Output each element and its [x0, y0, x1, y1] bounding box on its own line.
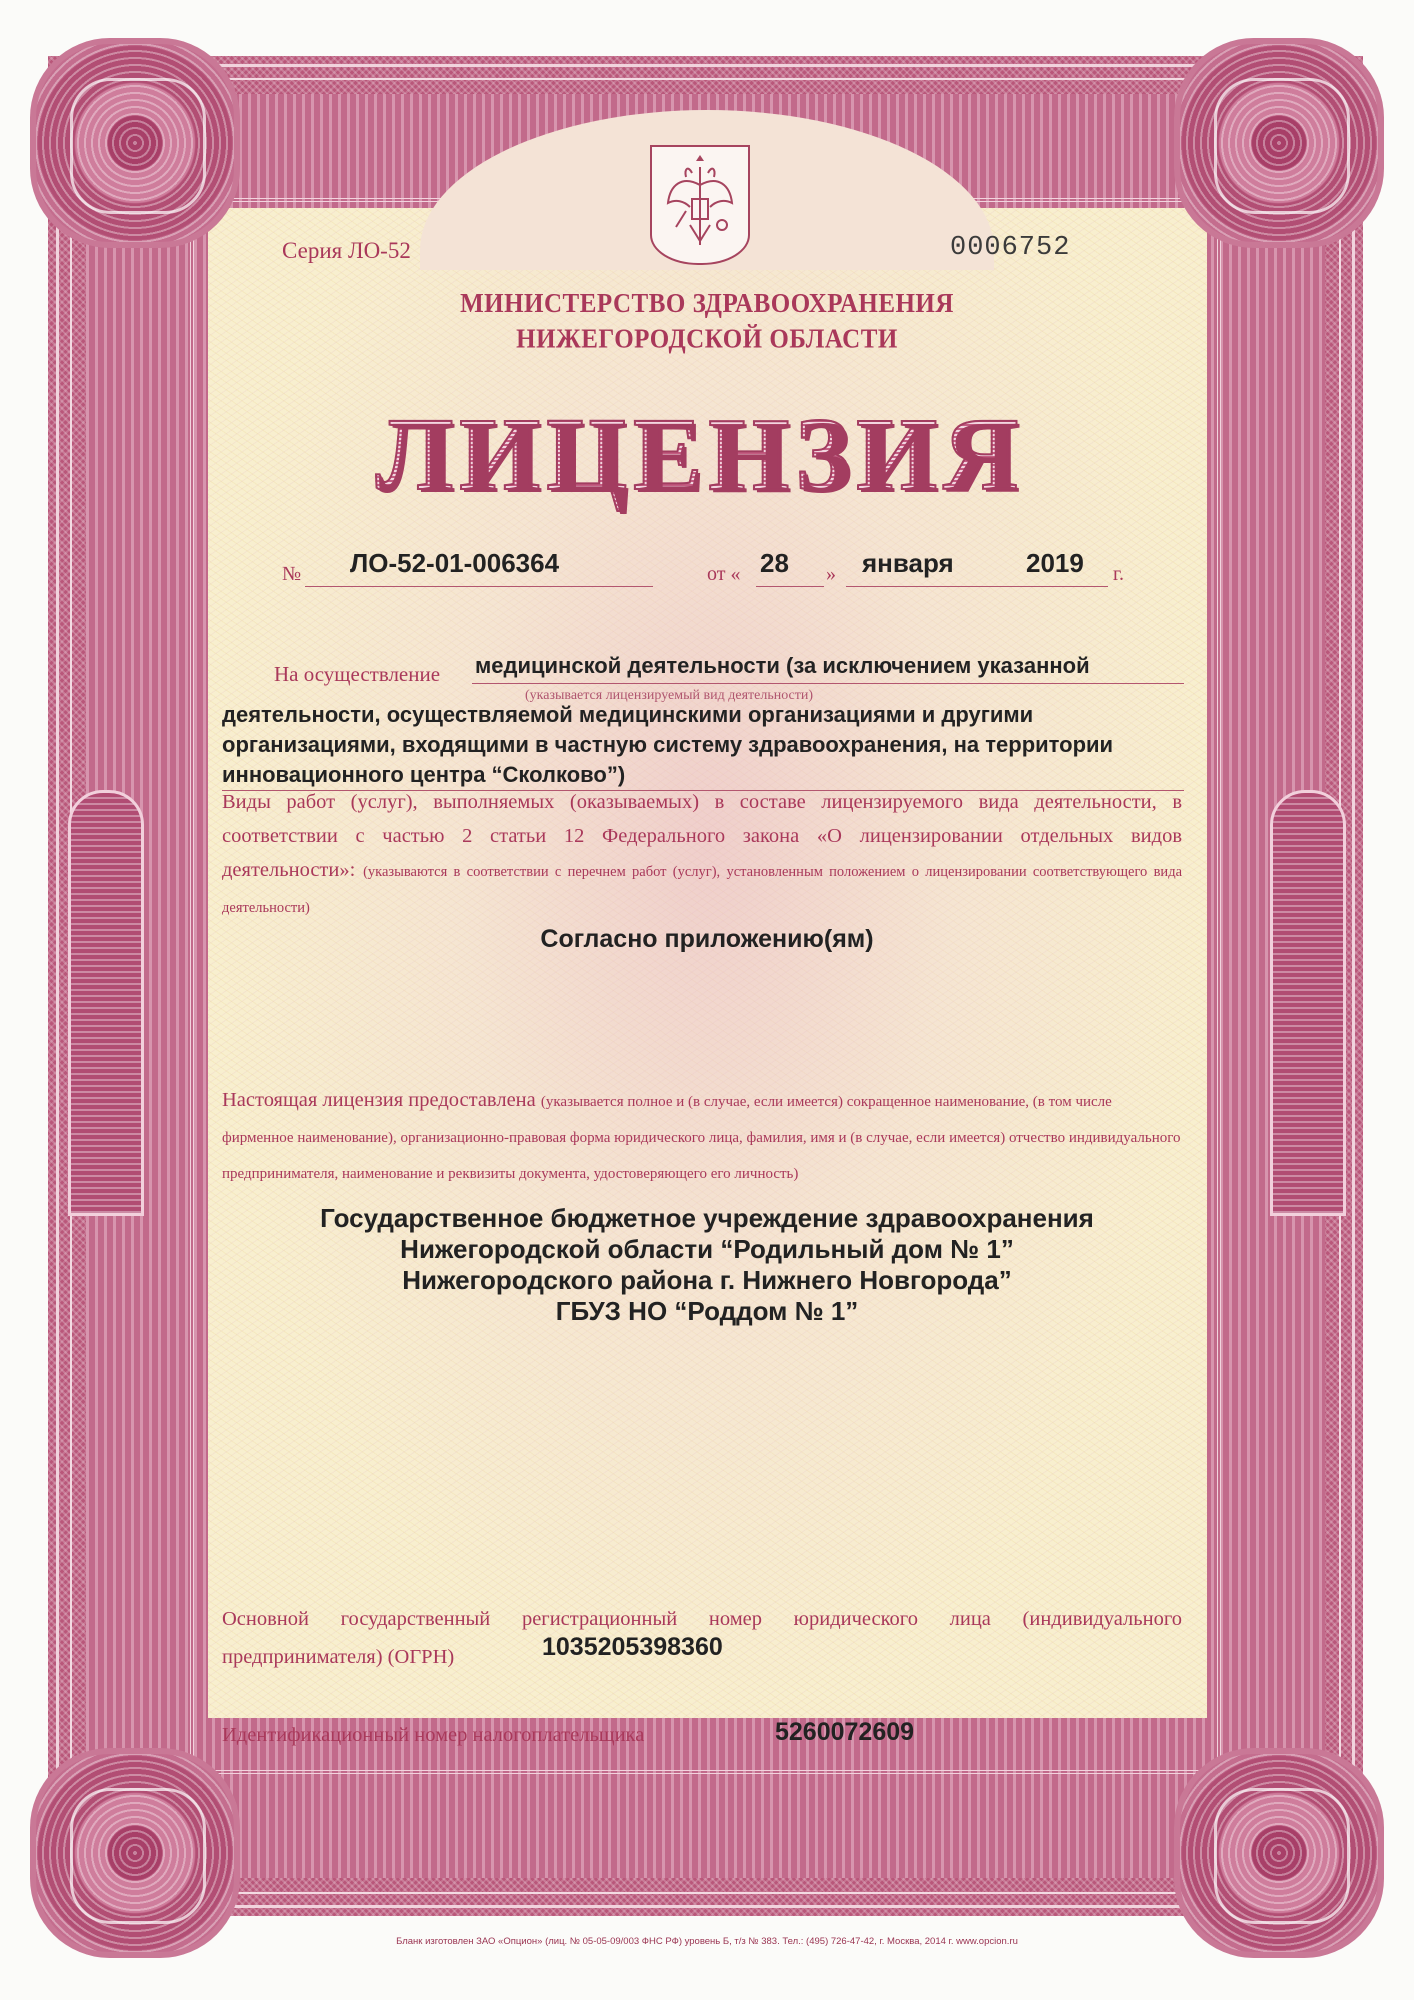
activity-label: На осуществление [274, 662, 440, 687]
corner-rosette-bottom-left-icon [30, 1748, 240, 1958]
inn-label: Идентификационный номер налогоплательщик… [222, 1724, 644, 1747]
ogrn-value: 1035205398360 [542, 1633, 723, 1662]
date-month: января [862, 548, 954, 579]
corner-rosette-top-right-icon [1174, 38, 1384, 248]
licensee-name-line-3: Нижегородского района г. Нижнего Новгоро… [200, 1265, 1214, 1296]
printer-imprint: Бланк изготовлен ЗАО «Опцион» (лиц. № 05… [200, 1936, 1214, 1947]
activity-line-3: организациями, входящими в частную систе… [222, 730, 1192, 760]
serial-number: 0006752 [950, 233, 1070, 263]
licensee-name-line-1: Государственное бюджетное учреждение здр… [200, 1203, 1214, 1234]
month-year-underline [846, 586, 1108, 587]
corner-rosette-top-left-icon [30, 38, 240, 248]
activity-line-2: деятельности, осуществляемой медицинским… [222, 700, 1192, 730]
date-day: 28 [760, 548, 789, 579]
issuer-line-1: МИНИСТЕРСТВО ЗДРАВООХРАНЕНИЯ [300, 287, 1114, 322]
left-pillar-ornament [68, 790, 144, 1216]
date-close-quote: » [826, 563, 836, 586]
year-suffix: г. [1113, 563, 1124, 586]
licensee-name-line-4: ГБУЗ НО “Роддом № 1” [200, 1296, 1214, 1327]
licensee-name: Государственное бюджетное учреждение здр… [200, 1203, 1214, 1327]
number-prefix: № [282, 563, 301, 586]
licensee-name-line-2: Нижегородской области “Родильный дом № 1… [200, 1234, 1214, 1265]
document-title: ЛИЦЕНЗИЯ [370, 400, 1030, 510]
day-underline [756, 586, 824, 587]
right-pillar-ornament [1270, 790, 1346, 1216]
activity-line-1: медицинской деятельности (за исключением… [475, 653, 1090, 679]
licensee-paragraph: Настоящая лицензия предоставлена (указыв… [222, 1083, 1182, 1191]
date-year: 2019 [1026, 548, 1084, 579]
license-document: Серия ЛО-52 0006752 МИНИСТЕРСТВО ЗДРАВОО… [0, 0, 1414, 2000]
activity-continuation: деятельности, осуществляемой медицинским… [222, 700, 1192, 790]
licensee-label: Настоящая лицензия предоставлена [222, 1089, 536, 1111]
activity-underline [472, 683, 1184, 684]
number-underline [305, 586, 653, 587]
inn-value: 5260072609 [775, 1718, 914, 1747]
license-number: ЛО-52-01-006364 [350, 548, 559, 579]
date-from-label: от « [707, 563, 740, 586]
corner-rosette-bottom-right-icon [1174, 1748, 1384, 1958]
works-value: Согласно приложению(ям) [200, 925, 1214, 954]
series-label: Серия ЛО-52 [282, 238, 411, 264]
issuer-line-2: НИЖЕГОРОДСКОЙ ОБЛАСТИ [300, 322, 1114, 357]
works-paragraph: Виды работ (услуг), выполняемых (оказыва… [222, 785, 1182, 925]
works-hint: (указываются в соответствии с перечнем р… [222, 864, 1182, 916]
issuer-name: МИНИСТЕРСТВО ЗДРАВООХРАНЕНИЯ НИЖЕГОРОДСК… [300, 287, 1114, 357]
russian-coat-of-arms-icon [650, 145, 750, 265]
